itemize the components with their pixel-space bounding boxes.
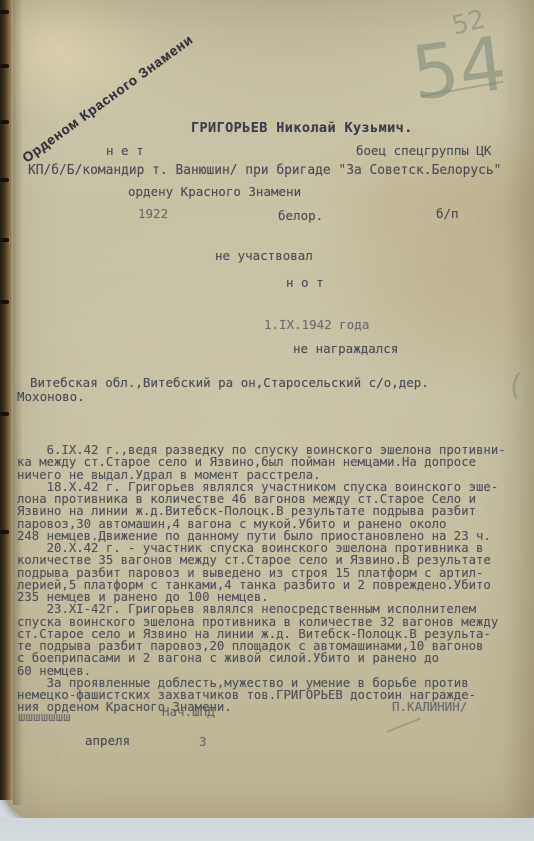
binding-stitch [0,10,9,14]
field-net-2: н о т [286,275,324,290]
pencil-check-mark: ( [508,367,523,403]
citation-line: Язвино на линии ж.д.Витебск-Полоцк.В рез… [17,505,529,517]
citation-line: с боеприпасами и 2 вагона с живой силой.… [17,652,529,664]
citation-line: подрыва разбит паровоз и выведено из стр… [17,567,529,579]
signer-name: П.КАЛИНИН/ [392,699,467,714]
person-name: ГРИГОРЬЕВ Николай Кузьмич. [191,120,413,136]
binding-stitch [0,412,9,416]
field-net-1: н е т [106,143,144,158]
citation-line: 23.XI-42г. Григорьев являлся непосредств… [17,603,529,615]
party-status: б/п [436,206,459,221]
binding-stitch [0,530,9,534]
previous-awards: не награждался [293,341,398,356]
unit-line-1: боец спецгруппы ЦК [356,143,491,158]
binding-stitch [0,120,9,124]
birth-year: 1922 [138,206,168,221]
citation-line: количестве 35 вагонов между ст.Старое се… [17,554,529,566]
date-day: 3 [199,734,207,749]
binding-stitch [0,178,9,182]
signer-position: Нач.ШПД [162,704,215,719]
scan-background [0,818,534,841]
citation-line: ничего не выдал.Удрал в момент расстрела… [17,469,529,481]
binding-stitch [0,300,9,304]
nationality: белор. [278,208,323,223]
typed-strikeout: шшшшшшш [18,709,71,724]
citation-line: 60 немцев. [17,665,529,677]
participation-field: не участвовал [215,248,313,263]
citation-line: паровоз,30 автомашин,4 вагона с мукой.Уб… [17,518,529,530]
date-month: апреля [85,733,130,748]
service-date: 1.IX.1942 года [264,317,369,332]
citation-line: ка между ст.Старое село и Язвино,был пой… [17,456,529,468]
binding-crease-shadow [13,0,23,805]
binding-stitch [0,238,9,242]
citation-text: 6.IX.42 г.,ведя разведку по спуску воинс… [17,444,529,714]
unit-line-3: ордену Красного Знамени [128,184,301,199]
binding-stitch [0,64,9,68]
document-page: Орденом Красного Знамени 54 52 ГРИГОРЬЕВ… [0,0,534,822]
address-line-2: Мохоново. [17,389,85,404]
unit-line-2: КП/б/Б/командир т. Ванюшин/ при бригаде … [28,163,501,178]
address-line-1: Витебская обл.,Витебский ра он,Старосель… [30,375,429,390]
citation-line: спуска воинского эшелона противника в ко… [17,616,529,628]
pencil-signature-stroke [387,717,421,732]
